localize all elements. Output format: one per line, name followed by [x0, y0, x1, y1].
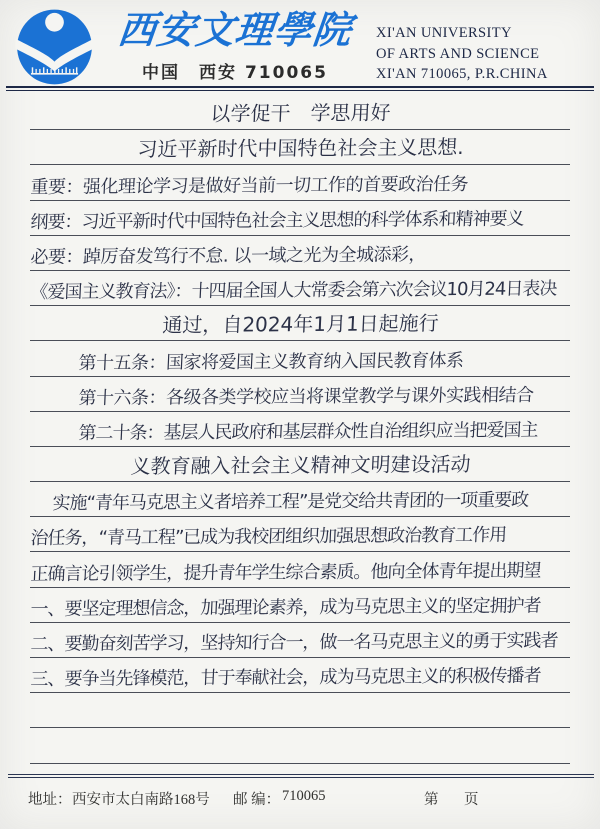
footer: 地址： 西安市太白南路168号 邮 编： 710065 第 页	[0, 784, 600, 810]
handwritten-line: 义教育融入社会主义精神文明建设活动	[30, 447, 570, 482]
handwritten-line: 《爱国主义教育法》：十四届全国人大常委会第六次会议10月24日表决	[30, 271, 570, 306]
handwritten-line: 第十五条：国家将爱国主义教育纳入国民教育体系	[30, 341, 570, 376]
footer-divider-line	[8, 774, 594, 778]
handwritten-line: 第二十条：基层人民政府和基层群众性自治组织应当把爱国主	[30, 412, 570, 447]
handwritten-line: 必要：踔厉奋发笃行不怠. 以一域之光为全城添彩，	[30, 236, 570, 271]
handwritten-line: 习近平新时代中国特色社会主义思想.	[30, 130, 570, 165]
english-line-2: OF ARTS AND SCIENCE	[376, 44, 548, 65]
zipcode-value: 710065	[282, 788, 326, 805]
english-line-1: XI'AN UNIVERSITY	[376, 23, 548, 44]
page-number-prefix: 第	[424, 788, 439, 809]
zipcode-label: 邮 编：	[233, 788, 280, 809]
address-value: 西安市太白南路168号	[72, 788, 210, 809]
handwritten-line: 纲要：习近平新时代中国特色社会主义思想的科学体系和精神要义	[30, 201, 570, 236]
university-name-calligraphy: 西安文理學院	[95, 6, 374, 54]
header-divider-line	[6, 86, 594, 91]
scanned-letterhead-page: 西安文理學院 中国 西安 710065 XI'AN UNIVERSITY OF …	[0, 0, 600, 829]
handwritten-line: 第十六条：各级各类学校应当将课堂教学与课外实践相结合	[30, 377, 570, 412]
handwritten-line: 二、要勤奋刻苦学习，坚持知行合一，做一名马克思主义的勇于实践者	[30, 623, 570, 658]
page-number-suffix: 页	[464, 788, 479, 809]
empty-ruled-line	[30, 693, 570, 728]
handwritten-line: 正确言论引领学生，提升青年学生综合素质。他向全体青年提出期望	[30, 552, 570, 587]
university-name-english: XI'AN UNIVERSITY OF ARTS AND SCIENCE XI'…	[376, 23, 548, 85]
city-postcode-line: 中国 西安 710065	[98, 58, 372, 83]
handwritten-line: 通过，自2024年1月1日起施行	[30, 306, 570, 341]
handwritten-line: 治任务，“青马工程”已成为我校团组织加强思想政治教育工作用	[30, 517, 570, 552]
university-emblem-icon	[13, 8, 96, 86]
handwriting-area: 以学促干 学思用好 习近平新时代中国特色社会主义思想. 重要：强化理论学习是做好…	[30, 95, 570, 764]
empty-ruled-line	[30, 728, 570, 763]
handwritten-line: 重要：强化理论学习是做好当前一切工作的首要政治任务	[30, 165, 570, 200]
handwritten-line: 以学促干 学思用好	[30, 95, 570, 130]
handwritten-line: 三、要争当先锋模范，甘于奉献社会，成为马克思主义的积极传播者	[30, 658, 570, 693]
handwritten-line: 一、要坚定理想信念，加强理论素养，成为马克思主义的坚定拥护者	[30, 588, 570, 623]
english-line-3: XI'AN 710065, P.R.CHINA	[376, 64, 548, 85]
address-label: 地址：	[28, 788, 72, 809]
handwritten-line: 实施“青年马克思主义者培养工程”是党交给共青团的一项重要政	[30, 482, 570, 517]
